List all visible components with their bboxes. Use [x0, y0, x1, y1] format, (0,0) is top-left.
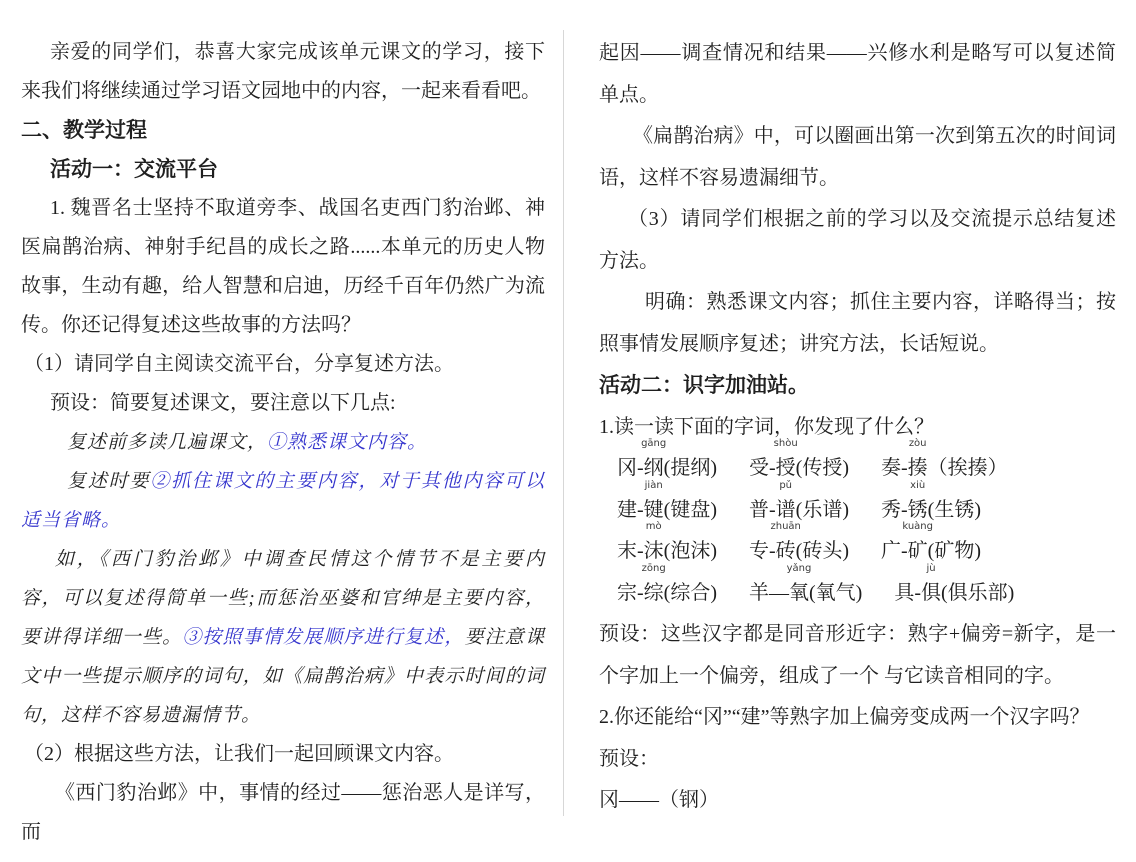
pinyin-label: zòu — [909, 439, 927, 449]
word-base: 奏- — [881, 457, 908, 479]
word-pair: 末-mò沫(泡沫) — [617, 531, 717, 573]
word-annotated-char: kuàng矿 — [908, 531, 928, 573]
word-base: 具- — [894, 582, 921, 604]
cause-paragraph: 起因——调查情况和结果——兴修水利是略写可以复述简单点。 — [599, 33, 1116, 116]
word-row-2: 建-jiàn键(键盘) 普-pǔ谱(乐谱) 秀-xiù锈(生锈) — [617, 490, 1116, 532]
word-base: 专- — [749, 540, 776, 562]
word-new-char: 揍 — [908, 457, 928, 479]
word-annotated-char: yǎng氧 — [789, 573, 809, 615]
column-divider — [563, 30, 564, 816]
word-new-char: 综 — [644, 582, 664, 604]
word-example: (传授) — [796, 457, 849, 479]
word-example: (泡沫) — [664, 540, 717, 562]
word-row-4: 宗-zōng综(综合) 羊—yǎng氧(氧气) 具-jù俱(俱乐部) — [617, 573, 1116, 615]
preset-intro-paragraph: 预设：简要复述课文，要注意以下几点: — [21, 384, 545, 423]
word-new-char: 氧 — [789, 582, 809, 604]
word-example: (氧气) — [809, 582, 862, 604]
word-base: 受- — [749, 457, 776, 479]
preset-point2: 复述时要②抓住课文的主要内容，对于其他内容可以适当省略。 — [21, 462, 545, 540]
word-base: 末- — [617, 540, 644, 562]
intro-paragraph: 亲爱的同学们，恭喜大家完成该单元课文的学习，接下来我们将继续通过学习语文园地中的… — [21, 33, 545, 111]
word-new-char: 纲 — [644, 457, 664, 479]
answer-gang-paragraph: 冈——（钢） — [599, 780, 1116, 822]
example-paragraph: 如，《西门豹治邺》中调查民情这个情节不是主要内容，可以复述得简单一些;而惩治巫婆… — [21, 540, 545, 735]
preset-analysis-paragraph: 预设：这些汉字都是同音形近字：熟字+偏旁=新字，是一个字加上一个偏旁，组成了一个… — [599, 614, 1116, 697]
bianque-paragraph: 《扁鹊治病》中，可以圈画出第一次到第五次的时间词语，这样不容易遗漏细节。 — [599, 116, 1116, 199]
preset-label: 预设： — [599, 739, 1116, 781]
word-example: (矿物) — [928, 540, 981, 562]
word-row-1: 冈-gāng纲(提纲) 受-shòu授(传授) 奏-zòu揍（挨揍） — [617, 448, 1116, 490]
word-new-char: 沫 — [644, 540, 664, 562]
step1-paragraph: （1）请同学自主阅读交流平台，分享复述方法。 — [21, 345, 545, 384]
pinyin-label: jiàn — [645, 481, 663, 491]
word-example: (砖头) — [796, 540, 849, 562]
pinyin-label: zhuān — [770, 522, 800, 532]
word-new-char: 砖 — [776, 540, 796, 562]
word-new-char: 授 — [776, 457, 796, 479]
word-new-char: 矿 — [908, 540, 928, 562]
word-example: (俱乐部) — [941, 582, 1014, 604]
word-base: 普- — [749, 499, 776, 521]
pinyin-label: gāng — [641, 439, 666, 449]
word-new-char: 锈 — [908, 499, 928, 521]
pinyin-label: mò — [646, 522, 662, 532]
word-new-char: 谱 — [776, 499, 796, 521]
word-annotated-char: zōng综 — [644, 573, 664, 615]
activity1-heading: 活动一：交流平台 — [21, 150, 545, 189]
pinyin-label: yǎng — [787, 564, 812, 574]
word-annotated-char: jù俱 — [921, 573, 941, 615]
word-example: (键盘) — [664, 499, 717, 521]
word-example: (提纲) — [664, 457, 717, 479]
activity1-intro-paragraph: 1. 魏晋名士坚持不取道旁李、战国名吏西门豹治邺、神医扁鹊治病、神射手纪昌的成长… — [21, 189, 545, 345]
left-column: 亲爱的同学们，恭喜大家完成该单元课文的学习，接下来我们将继续通过学习语文园地中的… — [21, 33, 545, 852]
word-base: 建- — [617, 499, 644, 521]
preset-point1: 复述前多读几遍课文，①熟悉课文内容。 — [21, 423, 545, 462]
right-column: 起因——调查情况和结果——兴修水利是略写可以复述简单点。 《扁鹊治病》中，可以圈… — [599, 33, 1116, 822]
word-example: （挨揍） — [928, 457, 1008, 479]
word-pair: 冈-gāng纲(提纲) — [617, 448, 717, 490]
section-heading-teaching-process: 二、教学过程 — [21, 111, 545, 150]
word-example: (乐谱) — [796, 499, 849, 521]
pinyin-label: zōng — [642, 564, 666, 574]
word-row-3: 末-mò沫(泡沫) 专-zhuān砖(砖头) 广-kuàng矿(矿物) — [617, 531, 1116, 573]
pinyin-label: jù — [926, 564, 935, 574]
step3-paragraph: （3）请同学们根据之前的学习以及交流提示总结复述方法。 — [599, 199, 1116, 282]
activity2-heading: 活动二：识字加油站。 — [599, 365, 1116, 407]
word-base: 冈- — [617, 457, 644, 479]
step2-paragraph: （2）根据这些方法，让我们一起回顾课文内容。 — [21, 735, 545, 774]
word-new-char: 键 — [644, 499, 664, 521]
word-pair: 具-jù俱(俱乐部) — [894, 573, 1014, 615]
question1-paragraph: 1.读一读下面的字词，你发现了什么？ — [599, 407, 1116, 449]
word-base: 羊— — [749, 582, 789, 604]
word-base: 秀- — [881, 499, 908, 521]
word-pair: 建-jiàn键(键盘) — [617, 490, 717, 532]
ximenbao-paragraph: 《西门豹治邺》中，事情的经过——惩治恶人是详写，而 — [21, 774, 545, 852]
pinyin-label: shòu — [774, 439, 798, 449]
word-base: 广- — [881, 540, 908, 562]
word-pair: 奏-zòu揍（挨揍） — [881, 448, 1008, 490]
word-pair: 羊—yǎng氧(氧气) — [749, 573, 862, 615]
word-pair: 宗-zōng综(综合) — [617, 573, 717, 615]
word-example: (生锈) — [928, 499, 981, 521]
document-page: 亲爱的同学们，恭喜大家完成该单元课文的学习，接下来我们将继续通过学习语文园地中的… — [0, 0, 1136, 862]
pinyin-label: pǔ — [779, 481, 792, 491]
preset-point1-blue: ①熟悉课文内容。 — [267, 432, 427, 453]
pinyin-label: kuàng — [902, 522, 933, 532]
example-blue: ③按照事情发展顺序进行复述， — [182, 627, 464, 648]
word-pair: 受-shòu授(传授) — [749, 448, 849, 490]
word-new-char: 俱 — [921, 582, 941, 604]
word-base: 宗- — [617, 582, 644, 604]
preset-point2-black: 复述时要 — [67, 471, 150, 492]
word-example: (综合) — [664, 582, 717, 604]
pinyin-label: xiù — [910, 481, 925, 491]
clarify-paragraph: 明确：熟悉课文内容；抓住主要内容，详略得当；按照事情发展顺序复述；讲究方法，长话… — [599, 282, 1116, 365]
question2-paragraph: 2.你还能给“冈”“建”等熟字加上偏旁变成两一个汉字吗？ — [599, 697, 1116, 739]
preset-point1-black: 复述前多读几遍课文， — [67, 432, 267, 453]
